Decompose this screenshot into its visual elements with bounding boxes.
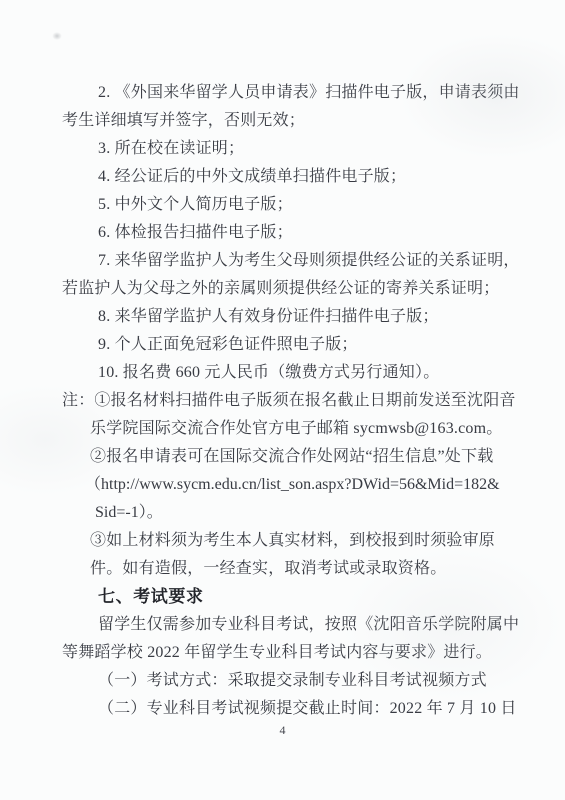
material-item-3: 3. 所在校在读证明； xyxy=(62,135,508,163)
scanned-document-page: { "colors": { "paper": "#fbfcfc", "body_… xyxy=(0,0,565,800)
material-item-7-line-1: 7. 来华留学监护人为考生父母则须提供经公证的关系证明， xyxy=(62,247,508,275)
note-2-line-2-url: （http://www.sycm.edu.cn/list_son.aspx?DW… xyxy=(62,471,508,499)
material-item-10: 10. 报名费 660 元人民币（缴费方式另行通知）。 xyxy=(62,359,508,387)
material-item-6: 6. 体检报告扫描件电子版； xyxy=(62,219,508,247)
section-7-item-1: （一）考试方式：采取提交录制专业科目考试视频方式 xyxy=(62,667,508,695)
note-2-line-1: ②报名申请表可在国际交流合作处网站“招生信息”处下载 xyxy=(62,443,508,471)
material-item-2-line-2: 考生详细填写并签字，否则无效； xyxy=(62,107,508,135)
page-number: 4 xyxy=(0,722,565,738)
section-7-para-line-2: 等舞蹈学校 2022 年留学生专业科目考试内容与要求》进行。 xyxy=(62,639,508,667)
material-item-2-line-1: 2. 《外国来华留学人员申请表》扫描件电子版，申请表须由 xyxy=(62,79,508,107)
document-body: 2. 《外国来华留学人员申请表》扫描件电子版，申请表须由 考生详细填写并签字，否… xyxy=(62,79,508,723)
material-item-5: 5. 中外文个人简历电子版； xyxy=(62,191,508,219)
material-item-4: 4. 经公证后的中外文成绩单扫描件电子版； xyxy=(62,163,508,191)
note-2-line-3-url: Sid=-1）。 xyxy=(62,499,508,527)
note-3-line-2: 件。如有造假，一经查实，取消考试或录取资格。 xyxy=(62,555,508,583)
note-1-line-1: 注：①报名材料扫描件电子版须在报名截止日期前发送至沈阳音 xyxy=(62,387,508,415)
note-3-line-1: ③如上材料须为考生本人真实材料，到校报到时须验审原 xyxy=(62,527,508,555)
material-item-8: 8. 来华留学监护人有效身份证件扫描件电子版； xyxy=(62,303,508,331)
section-7-item-2: （二）专业科目考试视频提交截止时间：2022 年 7 月 10 日 xyxy=(62,695,508,723)
material-item-9: 9. 个人正面免冠彩色证件照电子版； xyxy=(62,331,508,359)
note-1-line-2-email: 乐学院国际交流合作处官方电子邮箱 sycmwsb@163.com。 xyxy=(62,415,508,443)
section-7-heading: 七、考试要求 xyxy=(62,583,508,611)
section-7-para-line-1: 留学生仅需参加专业科目考试，按照《沈阳音乐学院附属中 xyxy=(62,611,508,639)
material-item-7-line-2: 若监护人为父母之外的亲属则须提供经公证的寄养关系证明； xyxy=(62,275,508,303)
